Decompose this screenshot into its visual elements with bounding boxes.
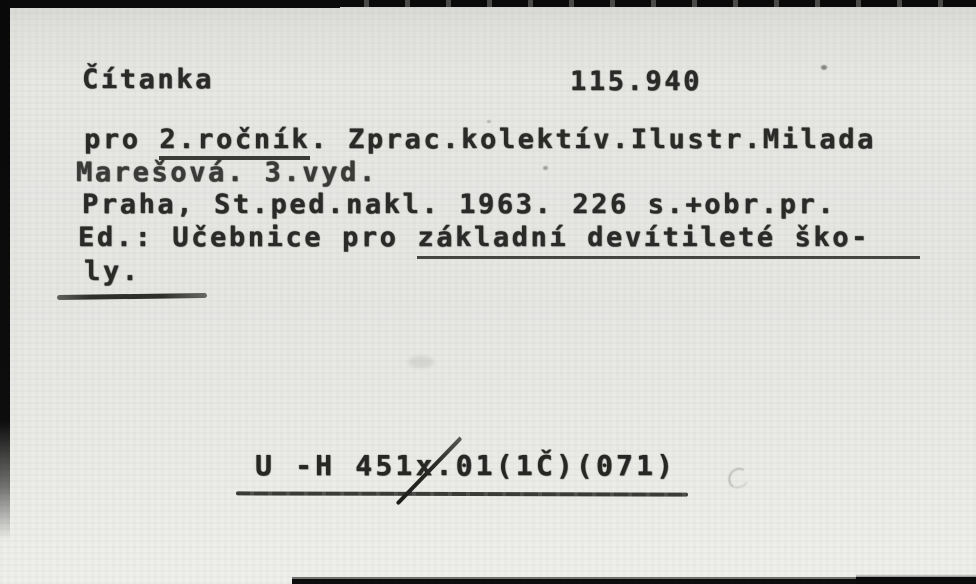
ink-speck bbox=[821, 65, 827, 70]
series-underlined: základní devítileté ško- bbox=[417, 222, 920, 259]
underline-mark-call-number bbox=[236, 491, 688, 496]
scan-edge-bottom-right bbox=[856, 573, 976, 584]
statement-pre: pro bbox=[84, 124, 159, 155]
statement-line: pro 2.ročník. Zprac.kolektív.Ilustr.Mila… bbox=[84, 126, 876, 153]
call-number-post: .01(1Č)(071) bbox=[436, 449, 677, 482]
series-continuation-line: ly. bbox=[84, 258, 141, 285]
scan-edge-top-left bbox=[0, 0, 340, 8]
underline-mark-ly bbox=[57, 293, 207, 300]
series-pre: Ed.: Učebnice pro bbox=[78, 222, 417, 253]
scan-edge-left bbox=[0, 0, 10, 540]
statement-post: . Zprac.kolektív.Ilustr.Milada bbox=[310, 124, 876, 155]
scanned-catalog-card: Čítanka 115.940 pro 2.ročník. Zprac.kole… bbox=[0, 0, 976, 584]
card-title: Čítanka bbox=[82, 66, 214, 93]
shelf-number: 115.940 bbox=[570, 68, 702, 95]
series-line: Ed.: Učebnice pro základní devítileté šk… bbox=[78, 224, 870, 251]
call-number-line: U -H 451x.01(1Č)(071) bbox=[255, 452, 676, 480]
author-edition-line: Marešová. 3.vyd. bbox=[76, 159, 378, 186]
ink-speck bbox=[487, 120, 491, 123]
imprint-line: Praha, St.ped.nakl. 1963. 226 s.+obr.pr. bbox=[82, 191, 836, 218]
ink-speck bbox=[543, 166, 548, 170]
call-number-pre: U -H 451 bbox=[255, 449, 415, 482]
statement-underlined: 2.ročník bbox=[159, 124, 310, 160]
paper-smudge bbox=[408, 356, 434, 368]
pencil-mark bbox=[726, 466, 751, 491]
